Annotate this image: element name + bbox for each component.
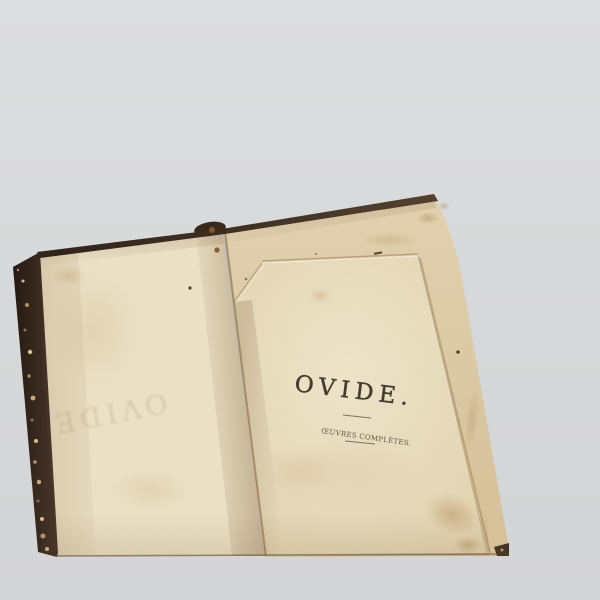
- photograph: OVIDE: [0, 0, 600, 600]
- book-photo: OVIDE: [0, 0, 600, 600]
